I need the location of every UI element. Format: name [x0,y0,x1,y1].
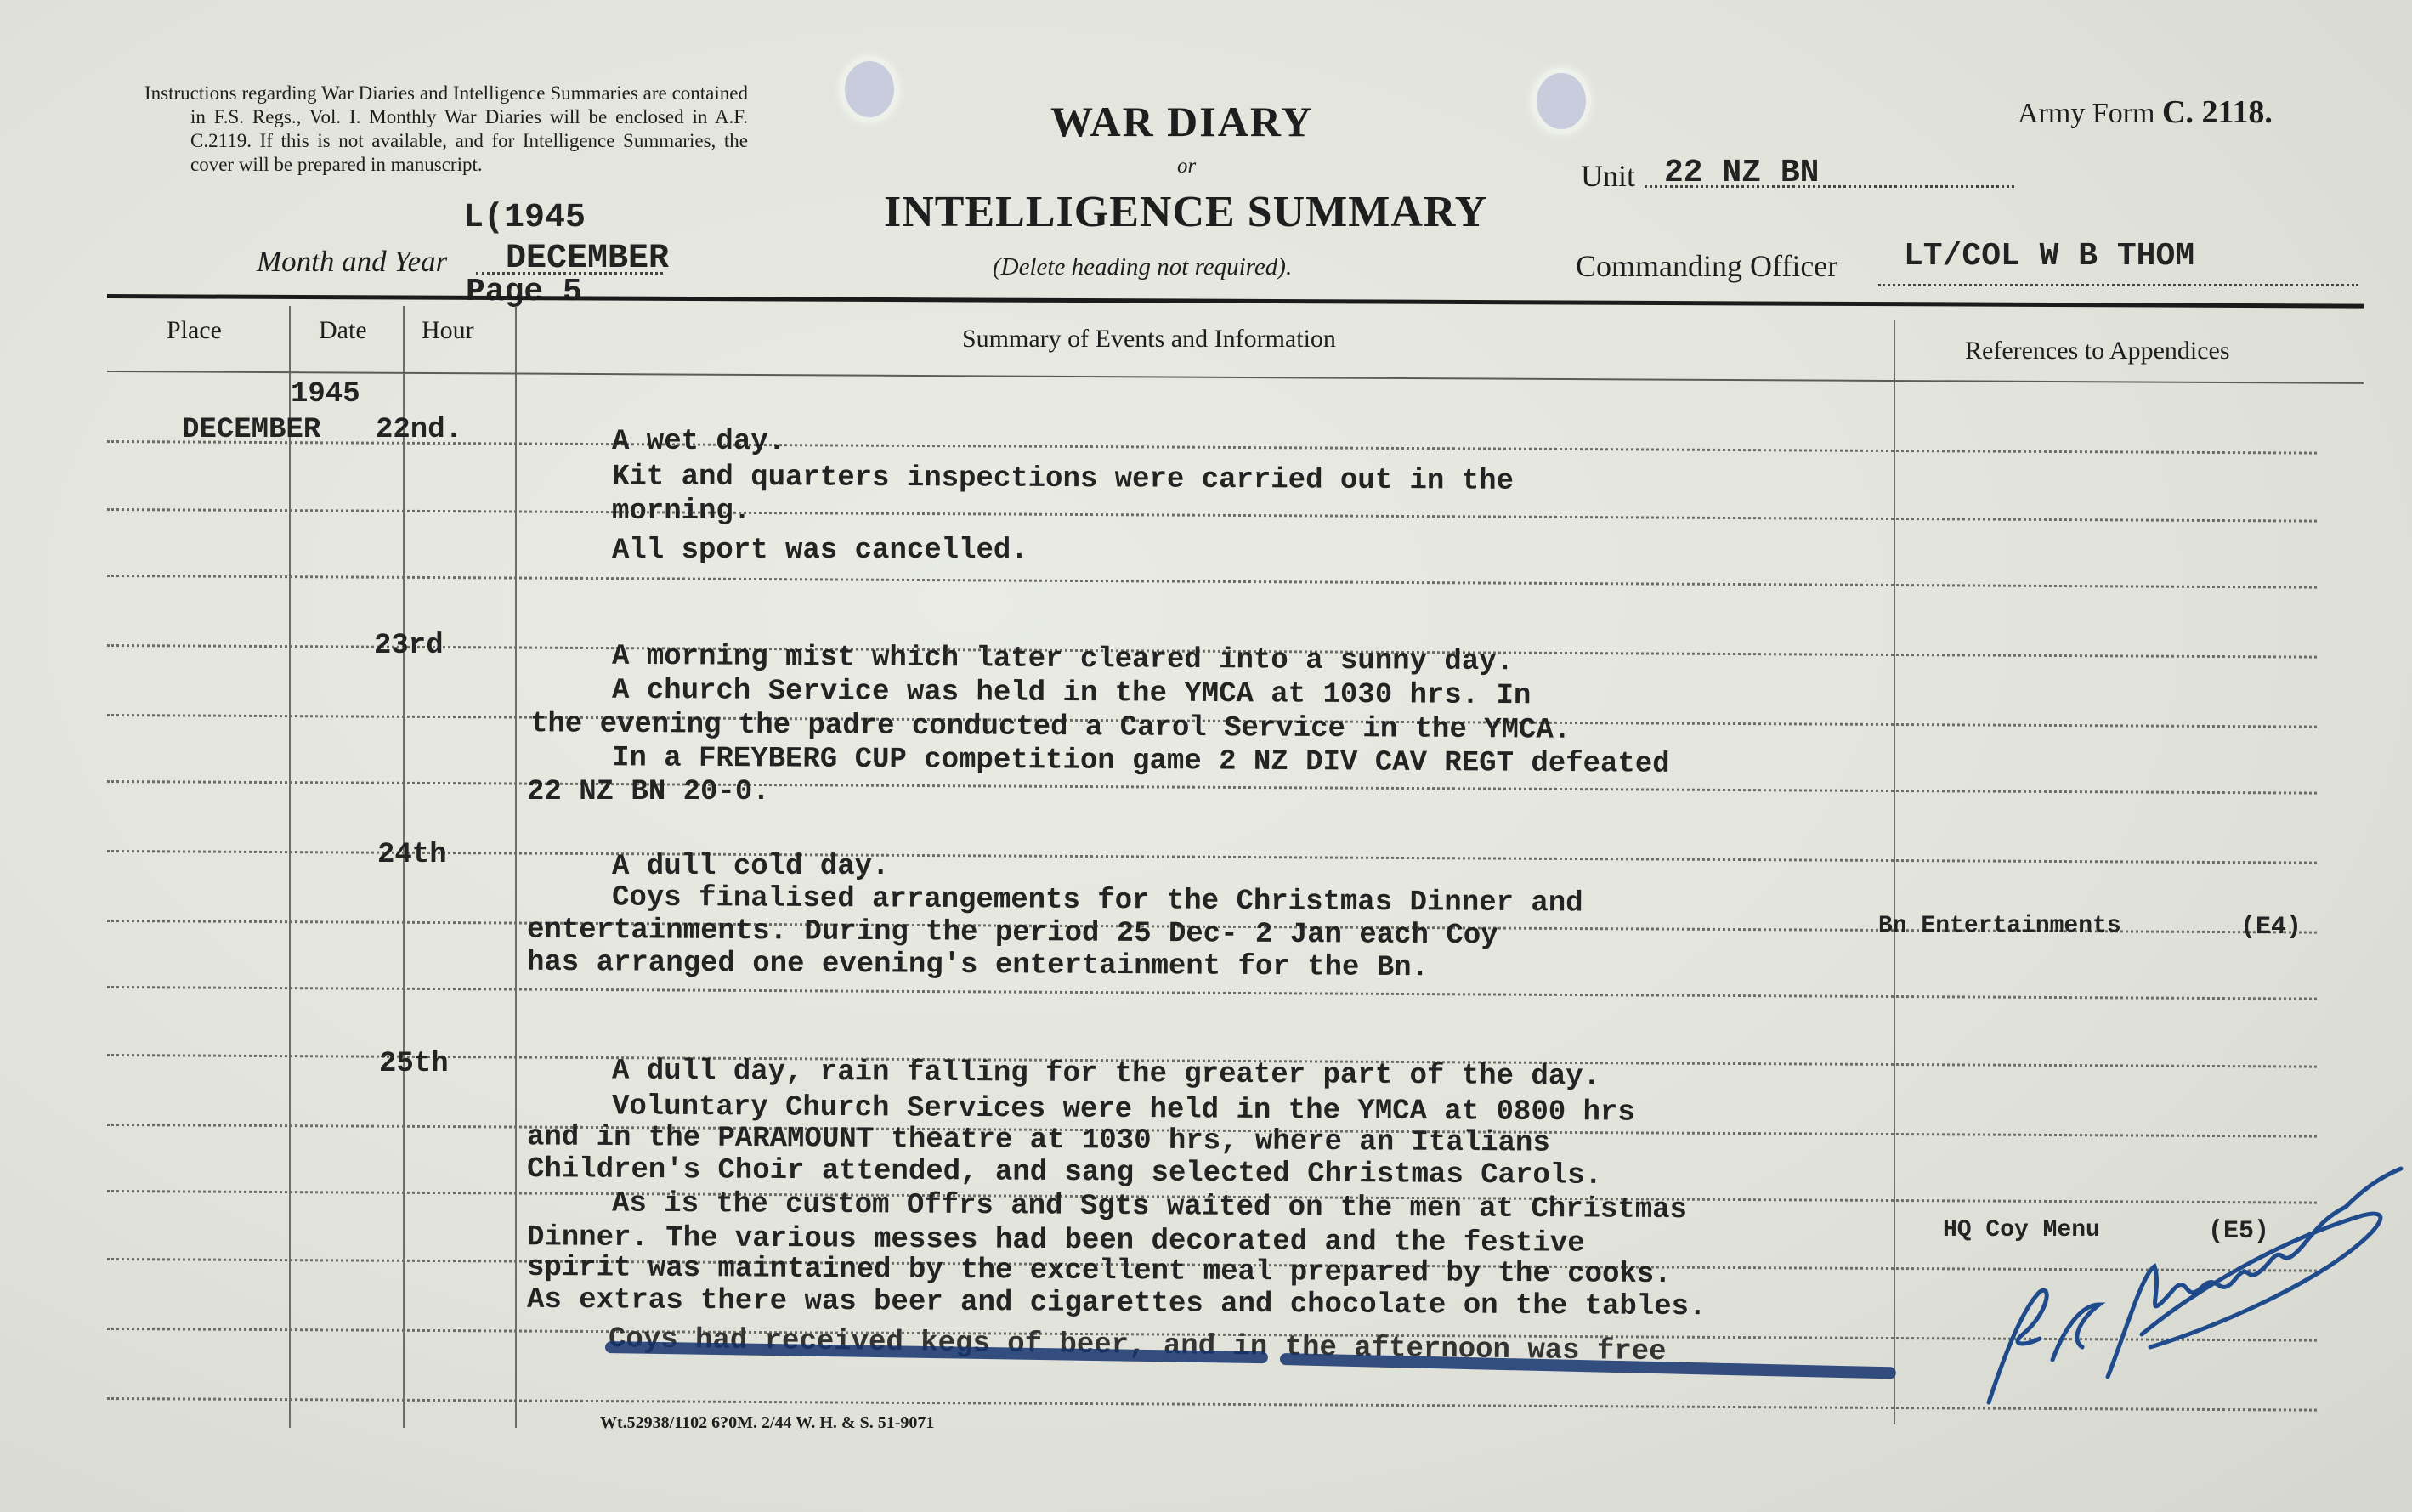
ruled-line [107,986,2317,1000]
army-form-number: Army Form C. 2118. [2018,93,2273,131]
col-head-references: References to Appendices [1965,337,2230,365]
title-or: or [1177,155,1196,178]
unit-value: 22 NZ BN [1664,155,1819,191]
entry-summary-line: All sport was cancelled. [612,534,1028,569]
entry-date: 24th [377,838,447,873]
heading-underline [107,371,2364,384]
appendix-reference-code[interactable]: (E4) [2240,913,2302,942]
year-annotation: L(1945 [463,199,586,237]
printer-imprint: Wt.52938/1102 6?0M. 2/44 W. H. & S. 51-9… [600,1413,934,1433]
commanding-officer-label: Commanding Officer [1576,248,1837,284]
entry-summary-line: As extras there was beer and cigarettes … [527,1283,1707,1325]
title-war-diary: WAR DIARY [1050,97,1313,146]
entry-date: 22nd. [376,413,462,448]
war-diary-page: Instructions regarding War Diaries and I… [0,0,2412,1512]
entry-summary-line: Kit and quarters inspections were carrie… [612,460,1514,500]
month-value: DECEMBER [506,240,669,278]
entry-summary-line: has arranged one evening's entertainment… [527,946,1429,986]
ruled-line [107,575,2317,589]
signature-icon [1972,1164,2412,1419]
army-form-code: C. 2118. [2162,94,2273,130]
army-form-label: Army Form [2018,98,2155,129]
entry-year: 1945 [291,377,360,412]
punch-hole-left [845,61,894,117]
col-head-hour: Hour [422,316,474,345]
punch-hole-right [1537,73,1586,129]
col-divider-summary-refs [1894,320,1895,1424]
entry-place: DECEMBER [182,413,320,448]
header-rule [107,294,2364,309]
title-intelligence-summary: INTELLIGENCE SUMMARY [884,187,1487,237]
co-dotted-line [1878,284,2358,286]
col-head-place: Place [167,316,222,345]
col-head-date: Date [319,316,367,345]
page-number: Page 5 [466,274,582,310]
commanding-officer-value: LT/COL W B THOM [1904,238,2194,275]
month-year-label: Month and Year [257,245,447,279]
entry-summary-line: In a FREYBERG CUP competition game 2 NZ … [612,741,1670,783]
entry-summary-line: A dull day, rain falling for the greater… [612,1054,1600,1095]
form-instructions: Instructions regarding War Diaries and I… [144,82,748,177]
entry-summary-line: 22 NZ BN 20-0. [527,775,770,810]
entry-summary-line: morning. [612,495,750,529]
instructions-text: Instructions regarding War Diaries and I… [144,82,748,177]
ruled-line [107,508,2317,523]
entry-date: 25th [379,1047,449,1082]
title-note: (Delete heading not required). [993,253,1292,281]
ruled-line [107,780,2317,795]
entry-summary-line: A dull cold day. [612,850,889,885]
entry-date: 23rd [374,629,444,664]
unit-label: Unit [1581,158,1635,194]
appendix-reference-label[interactable]: Bn Entertainments [1878,913,2121,939]
entry-summary-line: A wet day. [612,425,785,460]
col-head-summary: Summary of Events and Information [962,325,1336,354]
